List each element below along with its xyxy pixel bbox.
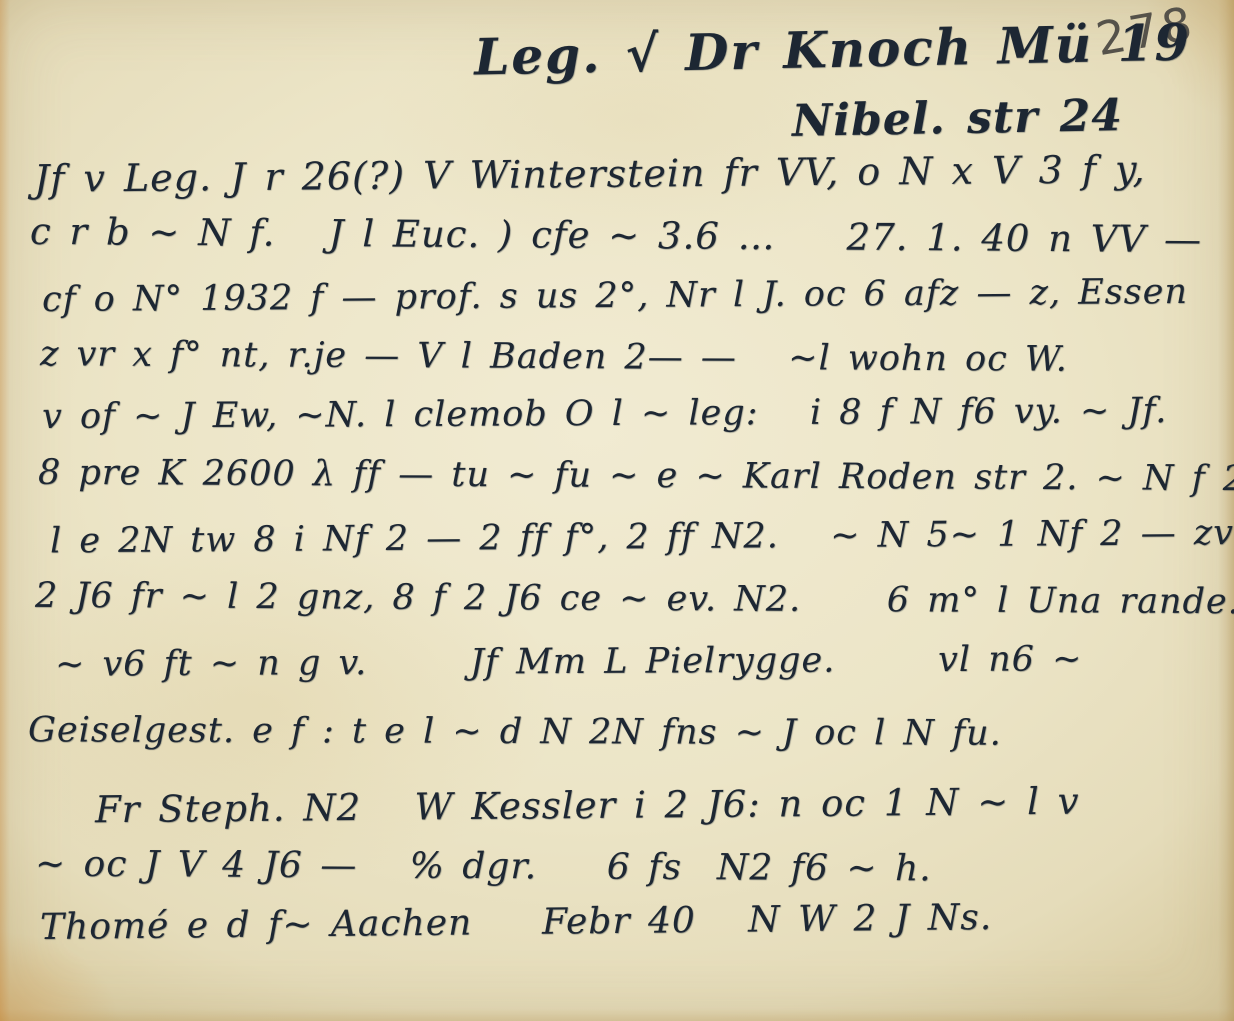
- handwritten-line-1: Jf v Leg. J r 26(?) V Winterstein fr VV,…: [34, 147, 1146, 201]
- handwritten-line-9: ~ v6 ft ~ n g v. Jf Mm L Pielrygge. vl n…: [55, 639, 1083, 684]
- header-line-1: Leg. √ Dr Knoch Mü 19: [473, 12, 1191, 86]
- handwritten-line-13: Thomé e d f~ Aachen Febr 40 N W 2 J Ns.: [40, 897, 993, 948]
- handwritten-line-12: ~ oc J V 4 J6 — % dgr. 6 fs N2 f6 ~ h.: [35, 844, 932, 890]
- handwritten-line-6: 8 pre K 2600 λ ff — tu ~ fu ~ e ~ Karl R…: [38, 453, 1234, 499]
- handwritten-line-2: c r b ~ N f. J l Euc. ) cfe ~ 3.6 … 27. …: [30, 210, 1202, 261]
- handwritten-line-5: v of ~ J Ew, ~N. l clemob O l ~ leg: i 8…: [42, 391, 1167, 437]
- handwritten-line-8: 2 J6 fr ~ l 2 gnz, 8 f 2 J6 ce ~ ev. N2.…: [35, 576, 1234, 622]
- handwritten-line-3: cf o N° 1932 f — prof. s us 2°, Nr l J. …: [42, 272, 1188, 320]
- scan-edge-left: [0, 0, 10, 1021]
- scan-edge-right: [1218, 0, 1234, 1021]
- scan-edge-bottom: [0, 1009, 1234, 1021]
- handwritten-line-4: z vr x f° nt, r.je — V l Baden 2— — ~l w…: [40, 334, 1068, 379]
- header-line-2: Nibel. str 24: [792, 90, 1124, 147]
- notecard-scan: 278 Leg. √ Dr Knoch Mü 19 Nibel. str 24 …: [0, 0, 1234, 1021]
- handwritten-line-7: l e 2N tw 8 i Nf 2 — 2 ff f°, 2 ff N2. ~…: [50, 513, 1234, 562]
- handwritten-line-10: Geiselgest. e f : t e l ~ d N 2N fns ~ J…: [28, 710, 1002, 753]
- handwritten-line-11: Fr Steph. N2 W Kessler i 2 J6: n oc 1 N …: [95, 780, 1080, 832]
